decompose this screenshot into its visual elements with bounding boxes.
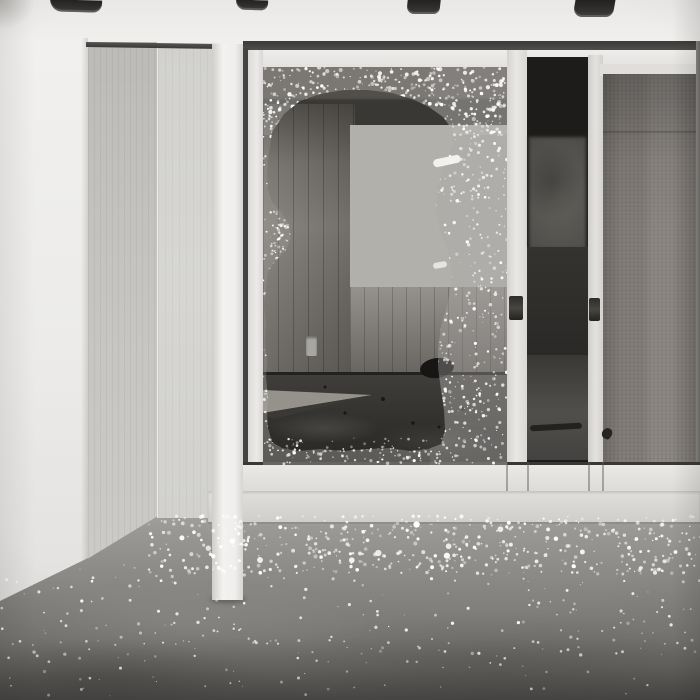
glass-reflection-streak [433,261,448,269]
shattered-glass-effects [0,0,700,700]
crazed-glass-overlay [262,65,509,465]
photo-broken-patio-door [0,0,700,700]
